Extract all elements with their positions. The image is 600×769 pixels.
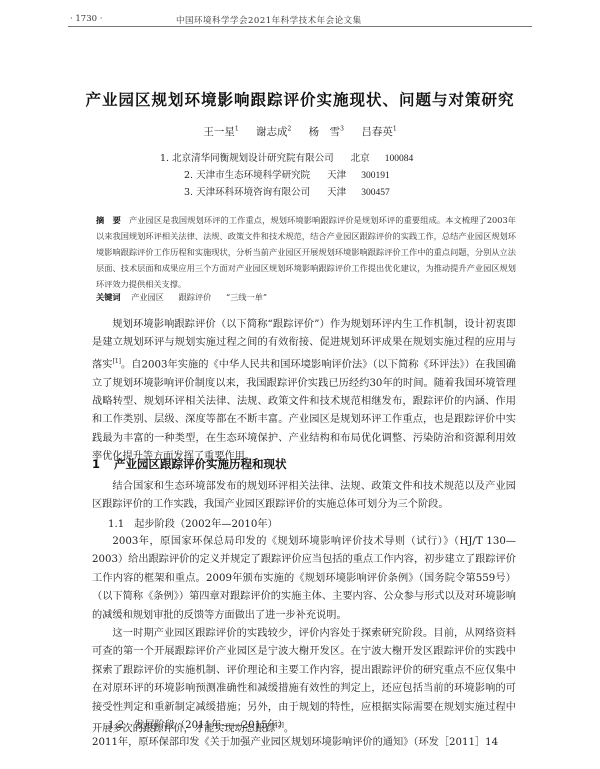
subsection-1-1-body: 2003年，原国家环保总局印发的《规划环境影响评价技术导则（试行）》（HJ/T … (92, 533, 516, 739)
abstract-label: 摘 要 (96, 215, 121, 225)
journal-name: 中国环境科学学会2021年科学技术年会论文集 (176, 14, 362, 26)
keyword: 产业园区 (131, 292, 164, 302)
paper-title: 产业园区规划环境影响跟踪评价实施现状、问题与对策研究 (0, 88, 600, 110)
affiliation: 1. 北京清华同衡规划设计研究院有限公司 北京 100084 (160, 150, 413, 164)
intro-section: 规划环境影响跟踪评价（以下简称“跟踪评价”）作为规划环评内生工作机制，设计初衷即… (92, 316, 516, 467)
section-1-body: 结合国家和生态环境部发布的规划环评相关法律、法规、政策文件和技术规范以及产业园区… (92, 478, 516, 515)
intro-paragraph: 规划环境影响跟踪评价（以下简称“跟踪评价”）作为规划环评内生工作机制，设计初衷即… (92, 316, 516, 467)
page-number: · 1730 · (70, 14, 102, 24)
author-list: 王一星1 谢志成2 杨 雪3 吕春英1 (0, 124, 600, 139)
author: 王一星1 (203, 126, 238, 138)
affiliation: 3. 天津环科环境咨询有限公司 天津 300457 (184, 184, 390, 198)
author: 谢志成2 (256, 126, 291, 138)
abstract: 摘 要产业园区是我国规划环评的工作重点，规划环境影响跟踪评价是规划环评的重要组成… (96, 212, 516, 292)
keywords-label: 关键词 (96, 292, 121, 302)
affiliation: 2. 天津市生态环境科学研究院 天津 300191 (184, 167, 390, 181)
section-heading: 1产业园区跟踪评价实施历程和现状 (92, 456, 287, 472)
subsection-heading: 1.1起步阶段（2002年—2010年） (108, 515, 278, 530)
section-paragraph: 2003年，原国家环保总局印发的《规划环境影响评价技术导则（试行）》（HJ/T … (92, 533, 516, 625)
section-paragraph: 结合国家和生态环境部发布的规划环评相关法律、法规、政策文件和技术规范以及产业园区… (92, 478, 516, 515)
abstract-text: 产业园区是我国规划环评的工作重点，规划环境影响跟踪评价是规划环评的重要组成。本文… (96, 215, 516, 289)
section-paragraph: 2011年，原环保部印发《关于加强产业园区规划环境影响评价的通知》（环发［201… (92, 734, 516, 752)
keywords: 关键词 产业园区 跟踪评价 “三线一单” (96, 292, 279, 303)
running-header: · 1730 · 中国环境科学学会2021年科学技术年会论文集 (68, 14, 532, 27)
keyword: 跟踪评价 (179, 292, 212, 302)
author: 杨 雪3 (309, 126, 344, 138)
subsection-1-2-body: 2011年，原环保部印发《关于加强产业园区规划环境影响评价的通知》（环发［201… (92, 734, 516, 752)
citation: [1] (113, 358, 122, 365)
keyword: “三线一单” (226, 292, 267, 302)
subsection-heading: 1.2发展阶段（2011年——2015年） (108, 716, 288, 731)
author: 吕春英1 (361, 126, 396, 138)
